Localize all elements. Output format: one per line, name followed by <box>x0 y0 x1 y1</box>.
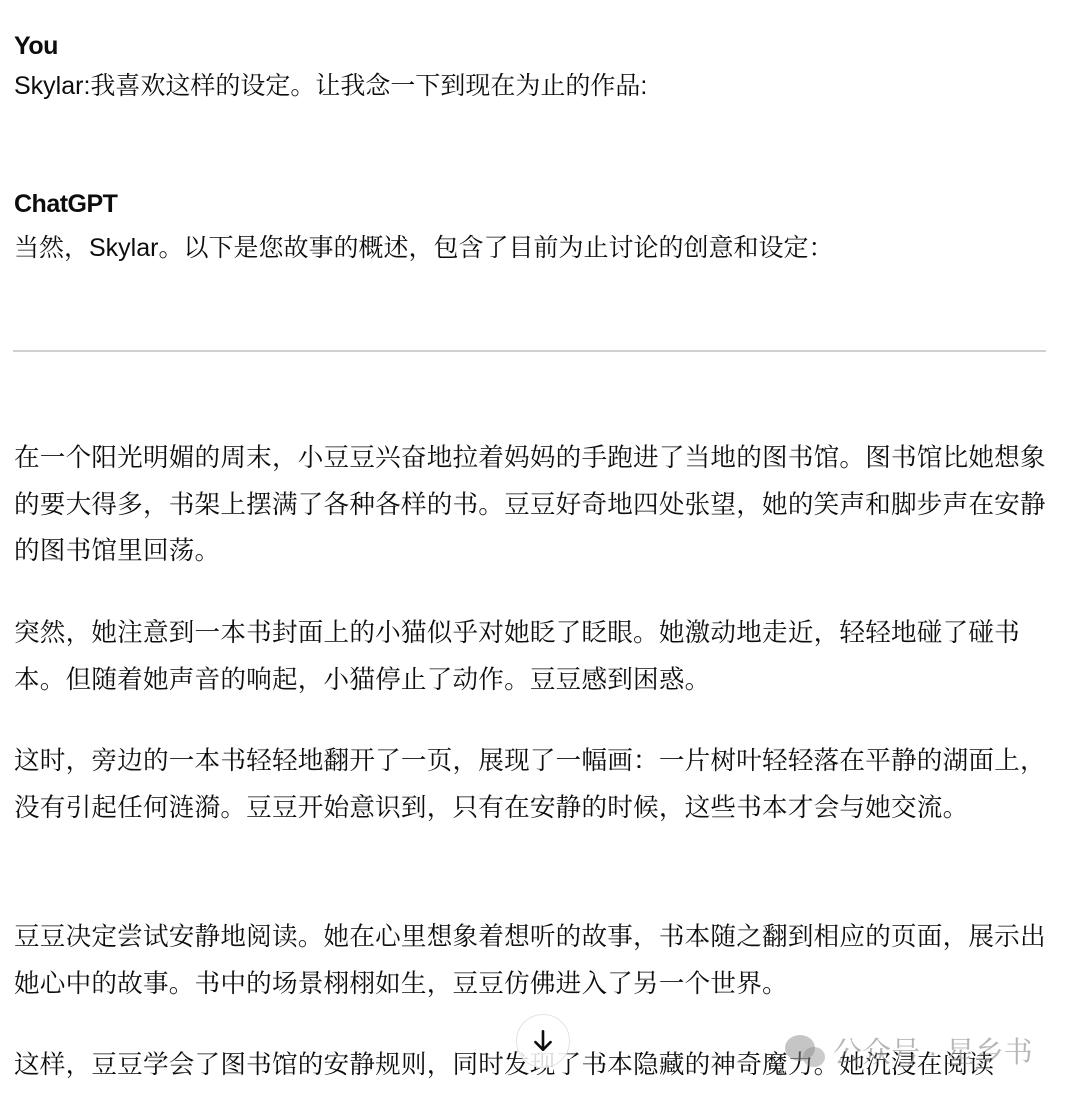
scroll-to-bottom-button[interactable] <box>516 1014 570 1068</box>
story-paragraph: 突然，她注意到一本书封面上的小猫似乎对她眨了眨眼。她激动地走近，轻轻地碰了碰书本… <box>14 610 1049 703</box>
author-label-user: You <box>14 31 58 61</box>
author-label-assistant: ChatGPT <box>14 189 117 219</box>
arrow-down-icon <box>530 1028 556 1054</box>
watermark: 公众号 · 星乡书 <box>785 1030 1033 1070</box>
divider <box>13 350 1046 352</box>
story-paragraph: 豆豆决定尝试安静地阅读。她在心里想象着想听的故事，书本随之翻到相应的页面，展示出… <box>14 914 1049 1007</box>
message-text-user: Skylar:我喜欢这样的设定。让我念一下到现在为止的作品: <box>14 71 647 101</box>
wechat-icon <box>785 1033 825 1067</box>
message-text-assistant: 当然，Skylar。以下是您故事的概述，包含了目前为止讨论的创意和设定： <box>14 233 833 263</box>
story-paragraph: 这时，旁边的一本书轻轻地翻开了一页，展现了一幅画：一片树叶轻轻落在平静的湖面上，… <box>14 738 1049 831</box>
watermark-text: 公众号 · 星乡书 <box>833 1030 1033 1071</box>
story-paragraph: 在一个阳光明媚的周末，小豆豆兴奋地拉着妈妈的手跑进了当地的图书馆。图书馆比她想象… <box>14 435 1049 575</box>
